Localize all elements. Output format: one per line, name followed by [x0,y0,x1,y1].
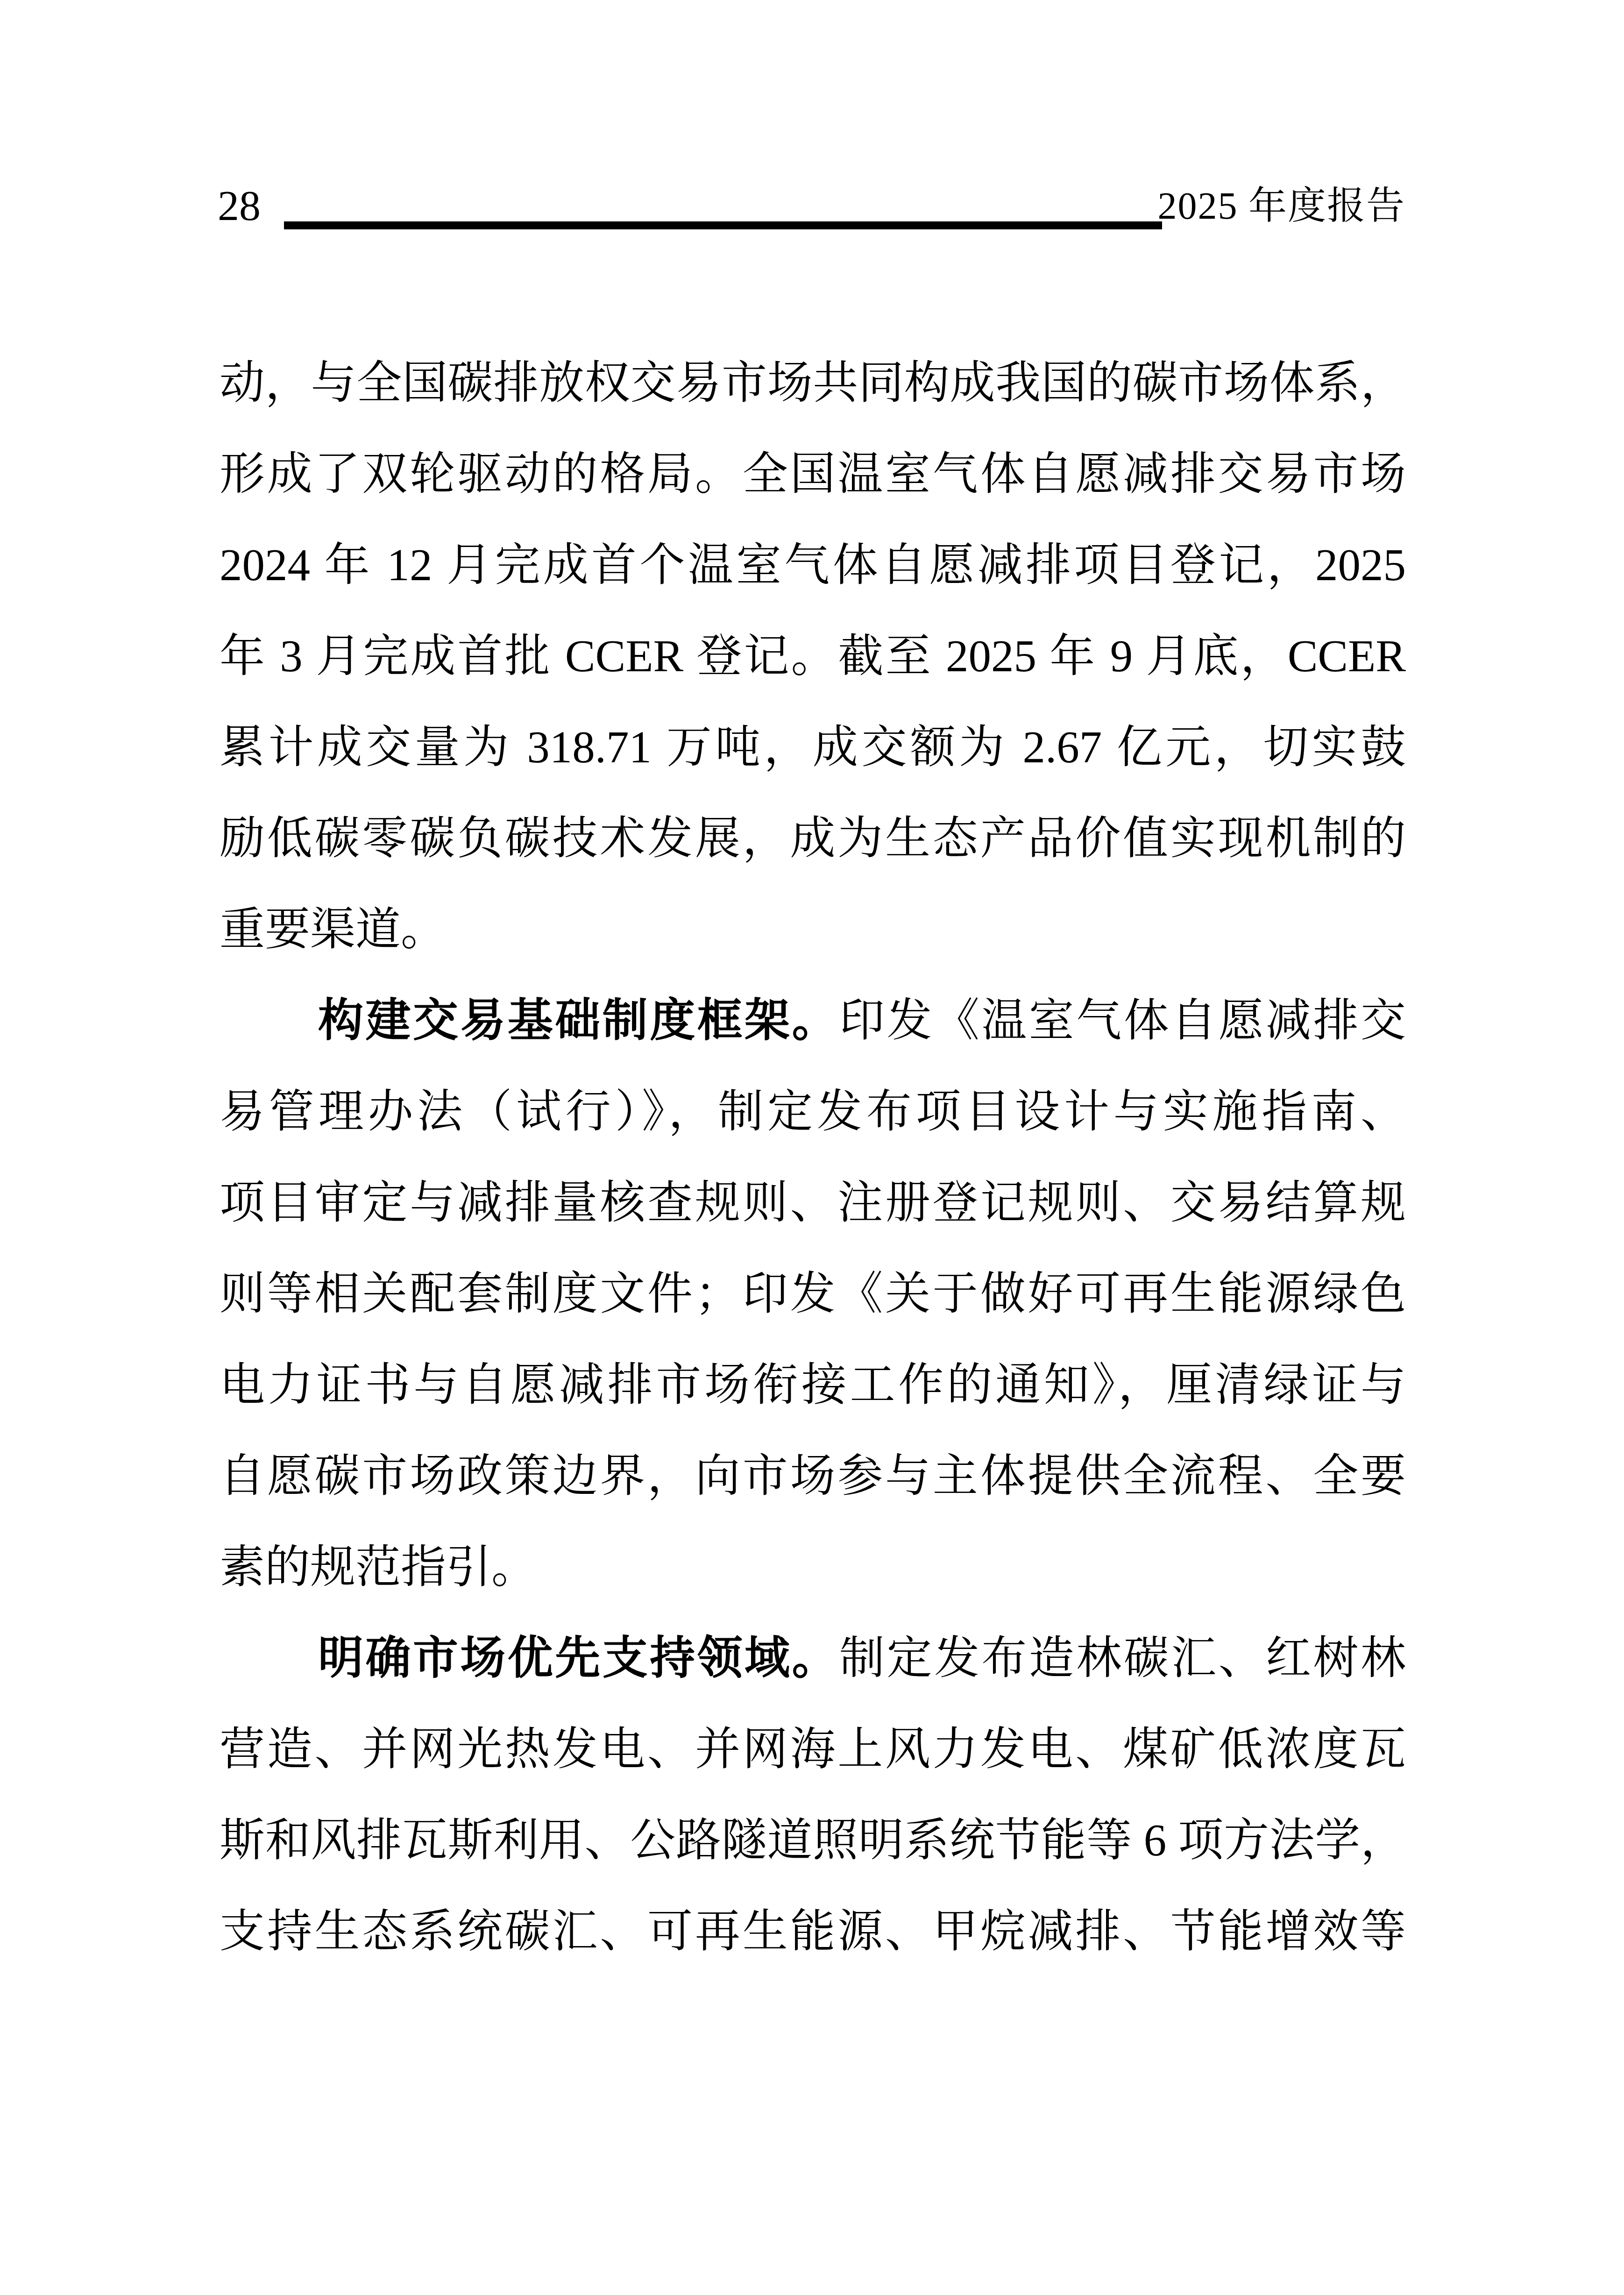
line-text: 励低碳零碳负碳技术发展，成为生态产品价值实现机制的 [220,813,1406,863]
document-page: 28 2025 年度报告 动，与全国碳排放权交易市场共同构成我国的碳市场体系， … [0,0,1624,2295]
text-line: 重要渠道。 [220,884,1406,975]
text-line: 2024 年 12 月完成首个温室气体自愿减排项目登记，2025 [220,519,1406,611]
line-text: 2024 年 12 月完成首个温室气体自愿减排项目登记，2025 [220,540,1406,590]
text-line: 素的规范指引。 [220,1521,1406,1613]
line-text: 自愿碳市场政策边界，向市场参与主体提供全流程、全要 [220,1451,1406,1501]
line-text: 支持生态系统碳汇、可再生能源、甲烷减排、节能增效等 [220,1906,1406,1956]
text-line: 累计成交量为 318.71 万吨，成交额为 2.67 亿元，切实鼓 [220,702,1406,793]
text-line: 形成了双轮驱动的格局。全国温室气体自愿减排交易市场 [220,428,1406,519]
page-number: 28 [218,184,261,227]
header-rule [284,221,1162,229]
text-line: 支持生态系统碳汇、可再生能源、甲烷减排、节能增效等 [220,1886,1406,1977]
line-text: 年 3 月完成首批 CCER 登记。截至 2025 年 9 月底，CCER [220,631,1406,681]
text-line: 构建交易基础制度框架。印发《温室气体自愿减排交 [220,975,1406,1066]
text-line: 年 3 月完成首批 CCER 登记。截至 2025 年 9 月底，CCER [220,611,1406,702]
text-line: 自愿碳市场政策边界，向市场参与主体提供全流程、全要 [220,1430,1406,1521]
text-line: 易管理办法（试行）》，制定发布项目设计与实施指南、 [220,1066,1406,1157]
line-text: 重要渠道。 [220,904,446,954]
paragraph-lead: 构建交易基础制度框架。 [318,995,839,1045]
text-line: 项目审定与减排量核查规则、注册登记规则、交易结算规 [220,1157,1406,1248]
text-line: 斯和风排瓦斯利用、公路隧道照明系统节能等 6 项方法学， [220,1795,1406,1886]
page-header: 28 2025 年度报告 [0,0,1624,280]
line-text: 累计成交量为 318.71 万吨，成交额为 2.67 亿元，切实鼓 [220,722,1406,772]
line-text: 印发《温室气体自愿减排交 [839,995,1406,1045]
line-text: 动，与全国碳排放权交易市场共同构成我国的碳市场体系， [220,358,1406,408]
paragraph-lead: 明确市场优先支持领域。 [318,1633,839,1683]
line-text: 项目审定与减排量核查规则、注册登记规则、交易结算规 [220,1178,1406,1228]
line-text: 形成了双轮驱动的格局。全国温室气体自愿减排交易市场 [220,449,1406,499]
text-line: 励低碳零碳负碳技术发展，成为生态产品价值实现机制的 [220,793,1406,884]
text-line: 营造、并网光热发电、并网海上风力发电、煤矿低浓度瓦 [220,1704,1406,1795]
line-text: 制定发布造林碳汇、红树林 [839,1633,1406,1683]
line-text: 素的规范指引。 [220,1542,537,1592]
header-title: 2025 年度报告 [1157,187,1405,225]
line-text: 易管理办法（试行）》，制定发布项目设计与实施指南、 [220,1087,1406,1137]
document-body: 动，与全国碳排放权交易市场共同构成我国的碳市场体系， 形成了双轮驱动的格局。全国… [220,337,1406,1977]
text-line: 明确市场优先支持领域。制定发布造林碳汇、红树林 [220,1613,1406,1704]
text-line: 电力证书与自愿减排市场衔接工作的通知》，厘清绿证与 [220,1339,1406,1430]
line-text: 电力证书与自愿减排市场衔接工作的通知》，厘清绿证与 [220,1360,1406,1410]
text-line: 动，与全国碳排放权交易市场共同构成我国的碳市场体系， [220,337,1406,428]
line-text: 斯和风排瓦斯利用、公路隧道照明系统节能等 6 项方法学， [220,1815,1406,1865]
line-text: 则等相关配套制度文件；印发《关于做好可再生能源绿色 [220,1269,1406,1319]
line-text: 营造、并网光热发电、并网海上风力发电、煤矿低浓度瓦 [220,1724,1406,1774]
text-line: 则等相关配套制度文件；印发《关于做好可再生能源绿色 [220,1248,1406,1339]
